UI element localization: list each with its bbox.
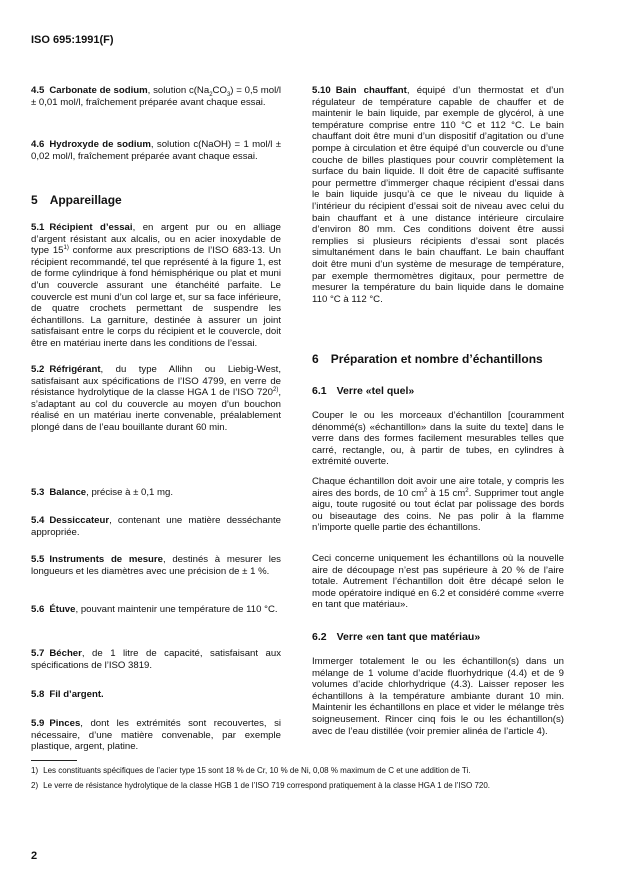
section-text: , solution c(Na	[148, 85, 210, 96]
section-title: Carbonate de sodium	[49, 85, 147, 96]
footnote-number: 2)	[31, 781, 38, 790]
section-text: conforme aux prescriptions de l’ISO 683-…	[31, 245, 281, 349]
heading-section-6-2: 6.2Verre «en tant que matériau»	[312, 632, 572, 644]
footnote-text: Les constituants spécifiques de l’acier …	[43, 766, 470, 775]
heading-number: 6.1	[312, 385, 327, 397]
paragraph-6-1-2: Chaque échantillon doit avoir une aire t…	[312, 476, 564, 534]
section-title: Étuve	[49, 604, 75, 615]
section-number: 5.9	[31, 718, 44, 729]
section-5-4: 5.4Dessiccateur, contenant une matière d…	[31, 515, 281, 538]
paragraph-text: à 15 cm	[427, 488, 465, 499]
section-5-8: 5.8Fil d’argent.	[31, 689, 281, 701]
section-number: 5.5	[31, 554, 44, 565]
section-text: .	[101, 689, 104, 700]
footnote-text: Le verre de résistance hydrolytique de l…	[43, 781, 490, 790]
section-title: Balance	[49, 487, 86, 498]
section-title: Fil d’argent	[49, 689, 101, 700]
section-number: 5.1	[31, 222, 44, 233]
heading-title: Verre «tel quel»	[337, 385, 415, 397]
footnote-divider	[31, 760, 77, 761]
section-4-6: 4.6Hydroxyde de sodium, solution c(NaOH)…	[31, 139, 281, 162]
paragraph-6-1-1: Couper le ou les morceaux d’échantillon …	[312, 410, 564, 468]
paragraph-6-2-1: Immerger totalement le ou les échantillo…	[312, 656, 564, 737]
section-text: , pouvant maintenir une température de 1…	[75, 604, 277, 615]
section-5-3: 5.3Balance, précise à ± 0,1 mg.	[31, 487, 281, 499]
heading-title: Appareillage	[50, 193, 122, 207]
section-4-5: 4.5Carbonate de sodium, solution c(Na2CO…	[31, 85, 281, 108]
heading-title: Verre «en tant que matériau»	[337, 631, 481, 643]
section-title: Hydroxyde de sodium	[49, 139, 151, 150]
section-number: 5.2	[31, 364, 44, 375]
footnote-number: 1)	[31, 766, 38, 775]
section-5-5: 5.5Instruments de mesure, destinés à mes…	[31, 554, 281, 577]
section-number: 4.5	[31, 85, 44, 96]
heading-title: Préparation et nombre d’échantillons	[331, 352, 543, 366]
heading-number: 6.2	[312, 631, 327, 643]
section-number: 4.6	[31, 139, 44, 150]
section-title: Instruments de mesure	[49, 554, 163, 565]
heading-number: 5	[31, 193, 38, 207]
section-5-1: 5.1Récipient d’essai, en argent pur ou e…	[31, 222, 281, 350]
section-text: CO	[213, 85, 227, 96]
section-title: Pinces	[49, 718, 80, 729]
section-5-7: 5.7Bécher, de 1 litre de capacité, satis…	[31, 648, 281, 671]
section-title: Réfrigérant	[49, 364, 100, 375]
section-title: Bécher	[49, 648, 82, 659]
section-5-6: 5.6Étuve, pouvant maintenir une températ…	[31, 604, 281, 616]
section-number: 5.4	[31, 515, 44, 526]
section-title: Récipient d’essai	[49, 222, 132, 233]
footnote-2: 2)Le verre de résistance hydrolytique de…	[31, 781, 564, 791]
section-number: 5.7	[31, 648, 44, 659]
page-number: 2	[31, 850, 37, 862]
footnote-1: 1)Les constituants spécifiques de l’acie…	[31, 766, 564, 776]
section-title: Dessiccateur	[49, 515, 109, 526]
heading-number: 6	[312, 352, 319, 366]
section-5-9: 5.9Pinces, dont les extrémités sont reco…	[31, 718, 281, 753]
document-id-header: ISO 695:1991(F)	[31, 34, 114, 46]
section-number: 5.8	[31, 689, 44, 700]
heading-section-5: 5Appareillage	[31, 195, 122, 207]
section-5-10: 5.10Bain chauffant, équipé d’un thermost…	[312, 85, 564, 305]
section-text: , précise à ± 0,1 mg.	[86, 487, 173, 498]
section-title: Bain chauffant	[336, 85, 407, 96]
heading-section-6-1: 6.1Verre «tel quel»	[312, 386, 414, 398]
section-number: 5.3	[31, 487, 44, 498]
section-5-2: 5.2Réfrigérant, du type Allihn ou Liebig…	[31, 364, 281, 434]
section-number: 5.10	[312, 85, 331, 96]
section-number: 5.6	[31, 604, 44, 615]
section-text: , équipé d’un thermostat et d’un régulat…	[312, 85, 564, 305]
paragraph-6-1-3: Ceci concerne uniquement les échantillon…	[312, 553, 564, 611]
heading-section-6: 6Préparation et nombre d’échantillons	[312, 354, 572, 366]
footnotes: 1)Les constituants spécifiques de l’acie…	[31, 766, 564, 796]
